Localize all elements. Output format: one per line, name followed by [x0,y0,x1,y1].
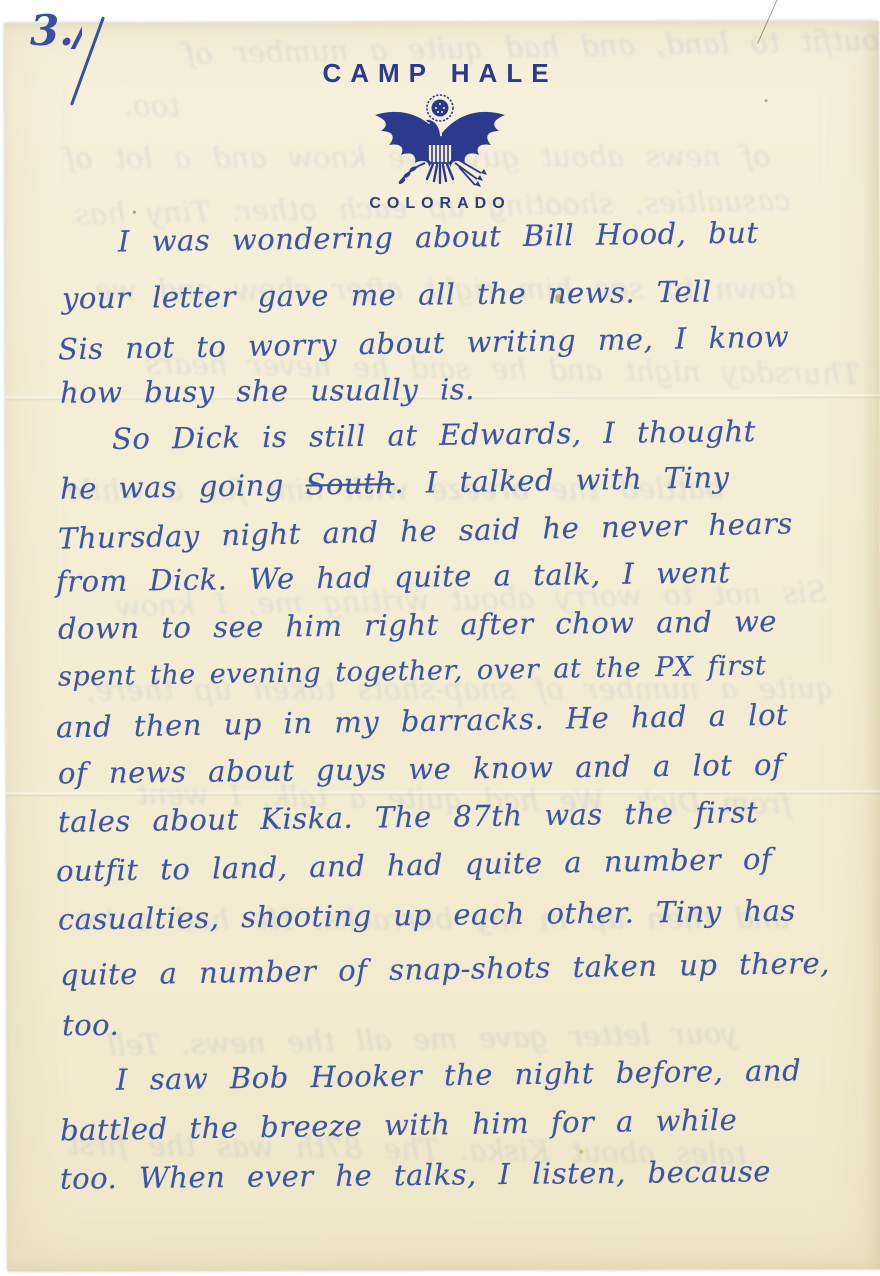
state-name: COLORADO [0,195,880,213]
handwriting-segment: . I talked with Tiny [394,460,730,500]
handwriting-line: your letter gave me all the news. Tell [62,275,712,316]
paper-speck [579,1150,583,1154]
eagle-emblem-icon [365,93,515,193]
camp-name-title: CAMP HALE [0,58,880,89]
scanned-letter-page: outfit to land, and had quite a number o… [0,0,880,1276]
struck-out-word: South [305,466,394,502]
handwriting-segment: he was going [60,468,306,506]
letterhead: CAMP HALE [0,58,880,213]
handwriting-line: too. [62,1008,120,1042]
handwriting-line: how busy she usually is. [60,372,475,410]
page-number: 3./ [30,6,82,55]
